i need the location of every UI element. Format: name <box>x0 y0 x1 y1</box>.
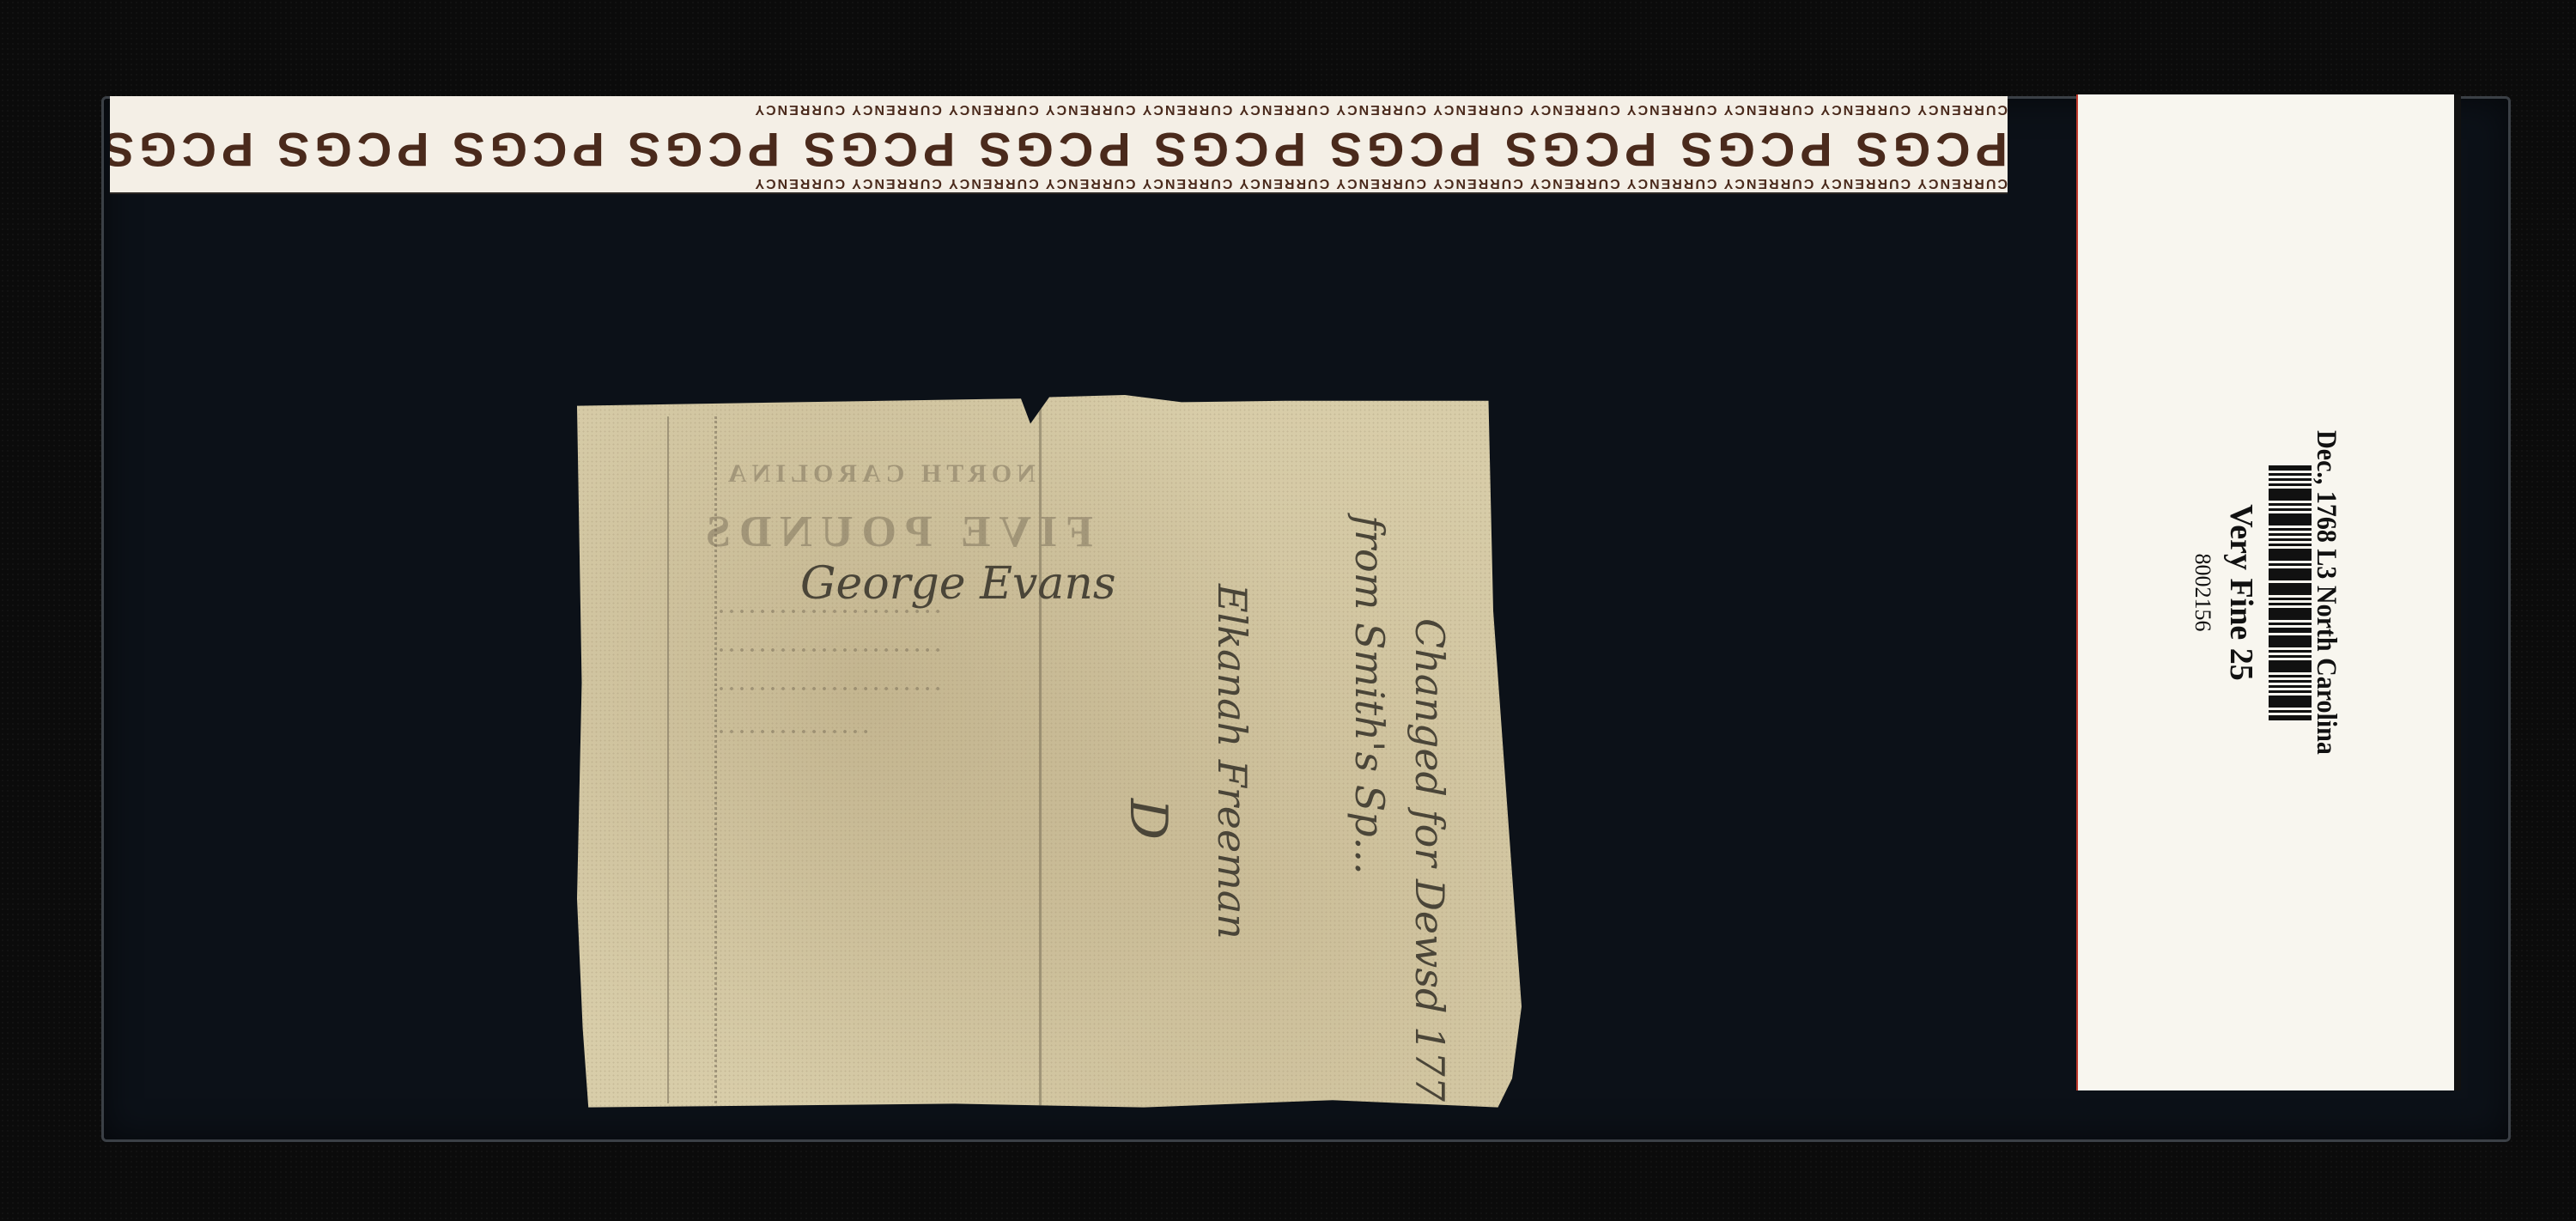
bleed-through-text: ······················ <box>714 678 941 702</box>
barcode-bar <box>2269 549 2312 561</box>
band-logo-row: PCGS PCGS PCGS PCGS PCGS PCGS PCGS PCGS … <box>110 122 2008 178</box>
barcode-bar <box>2269 603 2312 605</box>
barcode-bar <box>2269 675 2312 677</box>
barcode-bar <box>2269 598 2312 600</box>
barcode-bar <box>2269 465 2312 471</box>
barcode-bar <box>2269 513 2312 525</box>
barcode-bar <box>2269 528 2312 531</box>
label-cert-number: 8002156 <box>2190 352 2215 833</box>
pcgs-currency-band: CURRENCY CURRENCY CURRENCY CURRENCY CURR… <box>110 96 2008 194</box>
grading-label: Dec., 1768 L3 North Carolina Very Fine 2… <box>2076 94 2461 1090</box>
barcode-bar <box>2269 685 2312 688</box>
endorsement-line: Changed for Dewsd 1771 <box>1406 618 1453 1127</box>
barcode-bar <box>2269 538 2312 541</box>
barcode-bar <box>2269 623 2312 625</box>
barcode-bar <box>2269 608 2312 620</box>
bleed-through-text: ··············· <box>714 721 869 744</box>
barcode-bar <box>2269 696 2312 708</box>
note-fold-line <box>1039 395 1042 1115</box>
barcode-bar <box>2269 489 2312 501</box>
barcode-bar <box>2269 508 2312 511</box>
bleed-through-text: ······················ <box>714 640 941 663</box>
barcode-bar <box>2269 568 2312 580</box>
bleed-through-text: FIVE POUNDS <box>697 507 1093 557</box>
label-description: Dec., 1768 L3 North Carolina <box>2310 352 2342 833</box>
barcode-bar <box>2269 583 2312 595</box>
barcode-bar <box>2269 563 2312 566</box>
label-content: Dec., 1768 L3 North Carolina Very Fine 2… <box>2190 352 2341 833</box>
endorsement-line: Elkanah Freeman <box>1209 584 1255 939</box>
band-subtext-row: CURRENCY CURRENCY CURRENCY CURRENCY CURR… <box>110 101 2008 117</box>
signature-george-evans: George Evans <box>800 558 1116 610</box>
barcode-bar <box>2269 715 2312 720</box>
barcode-bar <box>2269 533 2312 536</box>
note-border-line <box>667 416 669 1103</box>
barcode-bar <box>2269 680 2312 683</box>
barcode-bar <box>2269 660 2312 672</box>
band-subtext-row: CURRENCY CURRENCY CURRENCY CURRENCY CURR… <box>110 175 2008 191</box>
barcode-bar <box>2269 483 2312 486</box>
barcode-bar <box>2269 635 2312 647</box>
barcode-bar <box>2269 473 2312 476</box>
bleed-through-text: NORTH CAROLINA <box>723 459 1036 489</box>
barcode-bar <box>2269 690 2312 693</box>
endorsement-line: from Smith's Sp... <box>1346 515 1393 875</box>
label-grade: Very Fine 25 <box>2222 352 2260 833</box>
endorsement-line: D <box>1118 799 1178 840</box>
barcode-bar <box>2269 503 2312 506</box>
barcode-bar <box>2269 710 2312 713</box>
barcode-bar <box>2269 544 2312 546</box>
barcode-bar <box>2269 628 2312 633</box>
barcode-bar <box>2269 655 2312 658</box>
barcode-bar <box>2269 650 2312 653</box>
barcode <box>2269 352 2312 833</box>
banknote: NORTH CAROLINA FIVE POUNDS ·············… <box>577 395 1522 1115</box>
barcode-bar <box>2269 478 2312 481</box>
